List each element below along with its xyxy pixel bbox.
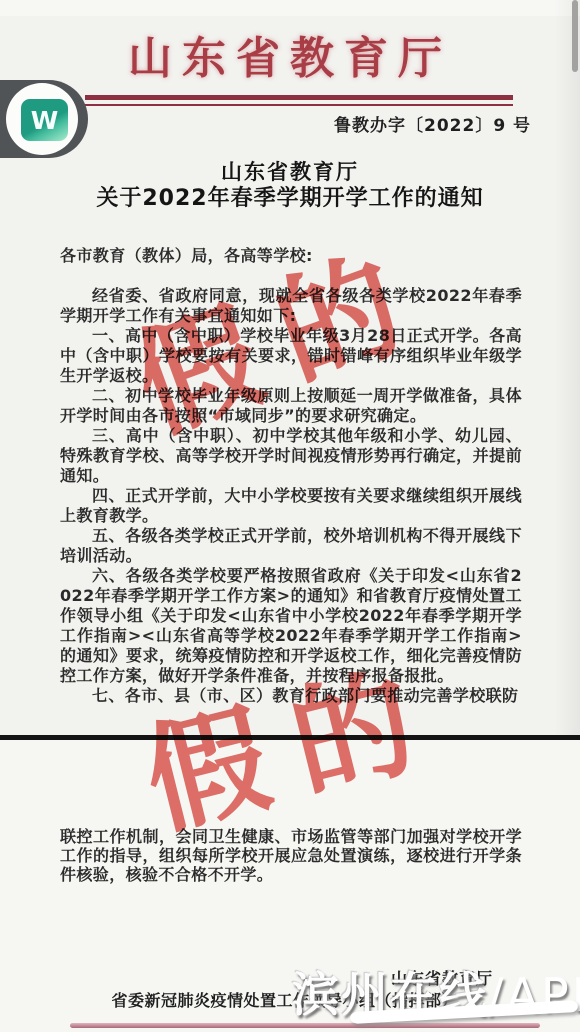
document-title: 山东省教育厅 关于2022年春季学期开学工作的通知	[0, 159, 580, 213]
paragraph-8-part1: 七、各市、县（市、区）教育行政部门要推动完善学校联防	[60, 686, 522, 706]
paragraph-6: 五、各级各类学校正式开学前，校外培训机构不得开展线下培训活动。	[60, 526, 522, 566]
w-logo-letter: W	[31, 108, 59, 133]
floating-widget[interactable]: W	[0, 80, 88, 158]
title-line-2: 关于2022年春季学期开学工作的通知	[0, 185, 580, 213]
paragraph-8-continuation: 联控工作机制，会同卫生健康、市场监管等部门加强对学校开学工作的指导，组织每所学校…	[60, 827, 522, 884]
letterhead-agency: 山东省教育厅	[0, 22, 580, 86]
letterhead-rule	[85, 95, 513, 106]
w-logo-icon: W	[21, 99, 68, 141]
paragraph-2: 一、高中（含中职）学校毕业年级3月28日正式开学。各高中（含中职）学校要按有关要…	[60, 326, 522, 386]
document-body: 各市教育（教体）局，各高等学校: 经省委、省政府同意，现就全省各级各类学校202…	[60, 246, 522, 706]
paragraph-1: 经省委、省政府同意，现就全省各级各类学校2022年春季学期开学工作有关事宜通知如…	[60, 286, 522, 326]
scan-edge-shade	[554, 0, 580, 735]
salutation: 各市教育（教体）局，各高等学校:	[60, 246, 522, 266]
paragraph-3: 二、初中学校毕业年级原则上按顺延一周开学做准备，具体开学时间由各市按照“市域同步…	[60, 386, 522, 426]
page-break-line	[0, 735, 580, 740]
paragraph-4: 三、高中（含中职）、初中学校其他年级和小学、幼儿园、特殊教育学校、高等学校开学时…	[60, 426, 522, 486]
page-top-band	[0, 0, 580, 16]
site-watermark: 滨州在线/APP	[292, 958, 580, 1025]
doc-number: 鲁教办字〔2022〕9 号	[334, 111, 531, 136]
title-line-1: 山东省教育厅	[0, 159, 580, 185]
paragraph-7: 六、各级各类学校要严格按照省政府《关于印发<山东省2022年春季学期开学工作方案…	[60, 566, 522, 686]
document-screenshot: 山东省教育厅 鲁教办字〔2022〕9 号 山东省教育厅 关于2022年春季学期开…	[0, 0, 580, 1032]
paragraph-5: 四、正式开学前，大中小学校要按有关要求继续组织开展线上教育教学。	[60, 486, 522, 526]
